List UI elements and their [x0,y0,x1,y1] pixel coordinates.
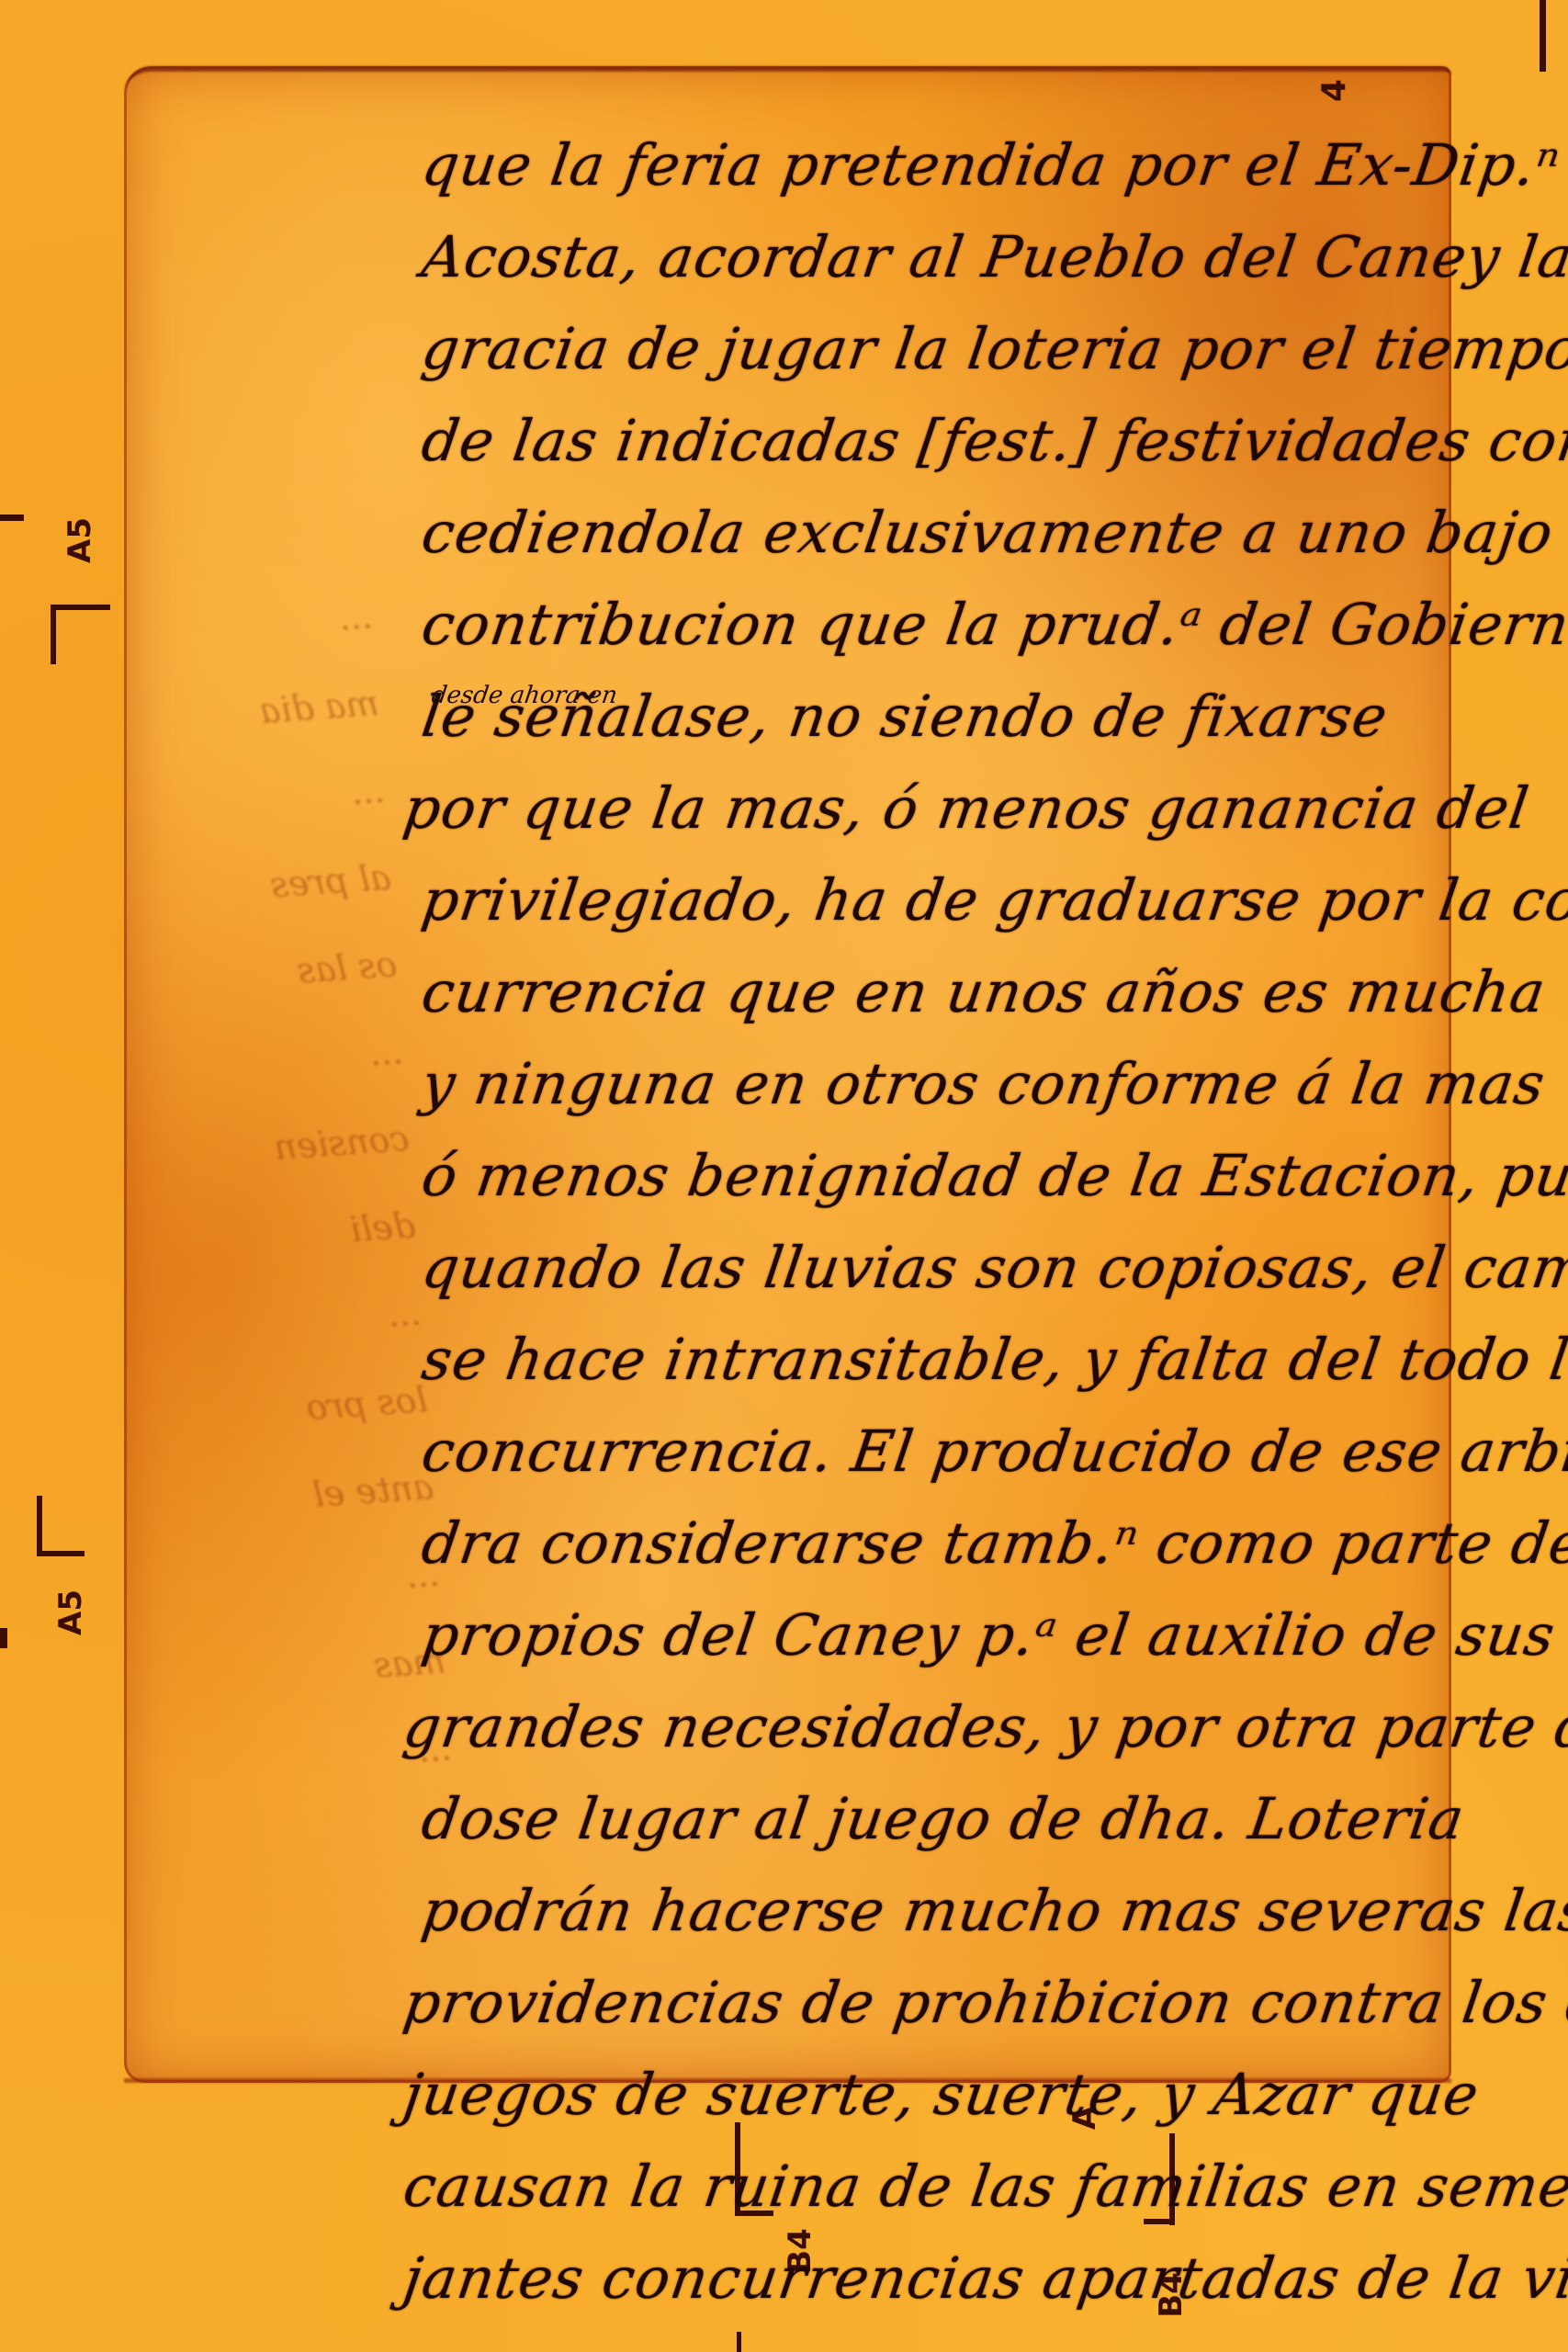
manuscript-line: que la feria pretendida por el Ex-Dip.ⁿ [416,119,1458,211]
manuscript-line: cediendola exclusivamente a uno bajo la [416,487,1458,579]
crop-mark-left-upper-tick [0,514,24,521]
crop-mark-left-lower-h [37,1551,85,1556]
manuscript-line: concurrencia. El producido de ese arbitr… [416,1406,1458,1498]
manuscript-line: Acosta, acordar al Pueblo del Caney la [416,211,1458,303]
manuscript-line: providencias de prohibicion contra los d… [398,1957,1458,2049]
crop-mark-top-right-v [1540,0,1546,72]
manuscript-line: jantes concurrencias apartadas de la vis… [398,2233,1458,2324]
manuscript-line: y ninguna en otros conforme á la mas [416,1038,1458,1130]
manuscript-line: contribucion que la prud.ᵃ del Gobierno [416,579,1458,671]
manuscript-line: juegos de suerte, suerte, y Azar que [398,2049,1458,2141]
manuscript-line: currencia que en unos años es mucha [416,946,1458,1038]
manuscript-line: gracia de jugar la loteria por el tiempo [416,303,1458,395]
manuscript-line: propios del Caney p.ᵃ el auxilio de sus [416,1589,1458,1681]
folio-number: 4 [1315,79,1353,102]
manuscript-line: dose lugar al juego de dha. Loteria [416,1773,1458,1865]
manuscript-line: se hace intransitable, y falta del todo … [416,1314,1458,1406]
manuscript-text: que la feria pretendida por el Ex-Dip.ⁿ … [423,119,1451,2324]
crop-mark-bottom-left-tail [737,2332,741,2352]
crop-mark-left-upper-v [51,605,56,664]
manuscript-line: causan la ruina de las familias en seme- [398,2141,1458,2233]
manuscript-line: podrán hacerse mucho mas severas las [416,1865,1458,1957]
manuscript-line: le señalase, no siendo de fixarse [416,671,1458,763]
manuscript-line: quando las lluvias son copiosas, el cami… [416,1222,1458,1314]
margin-label-a5-upper: A5 [62,517,98,563]
crop-mark-left-lower-v [37,1496,42,1555]
manuscript-line: de las indicadas [fest.] festividades co… [416,395,1458,487]
crop-mark-left-lower-tick [0,1628,7,1648]
manuscript-line: grandes necesidades, y por otra parte da… [398,1681,1458,1773]
manuscript-line: privilegiado, ha de graduarse por la con… [416,854,1458,946]
manuscript-line: por que la mas, ó menos ganancia del [398,763,1458,854]
manuscript-line: ó menos benignidad de la Estacion, pues [416,1130,1458,1222]
margin-label-a5-lower: A5 [52,1589,89,1635]
manuscript-line: dra considerarse tamb.ⁿ como parte de lo… [416,1498,1458,1589]
